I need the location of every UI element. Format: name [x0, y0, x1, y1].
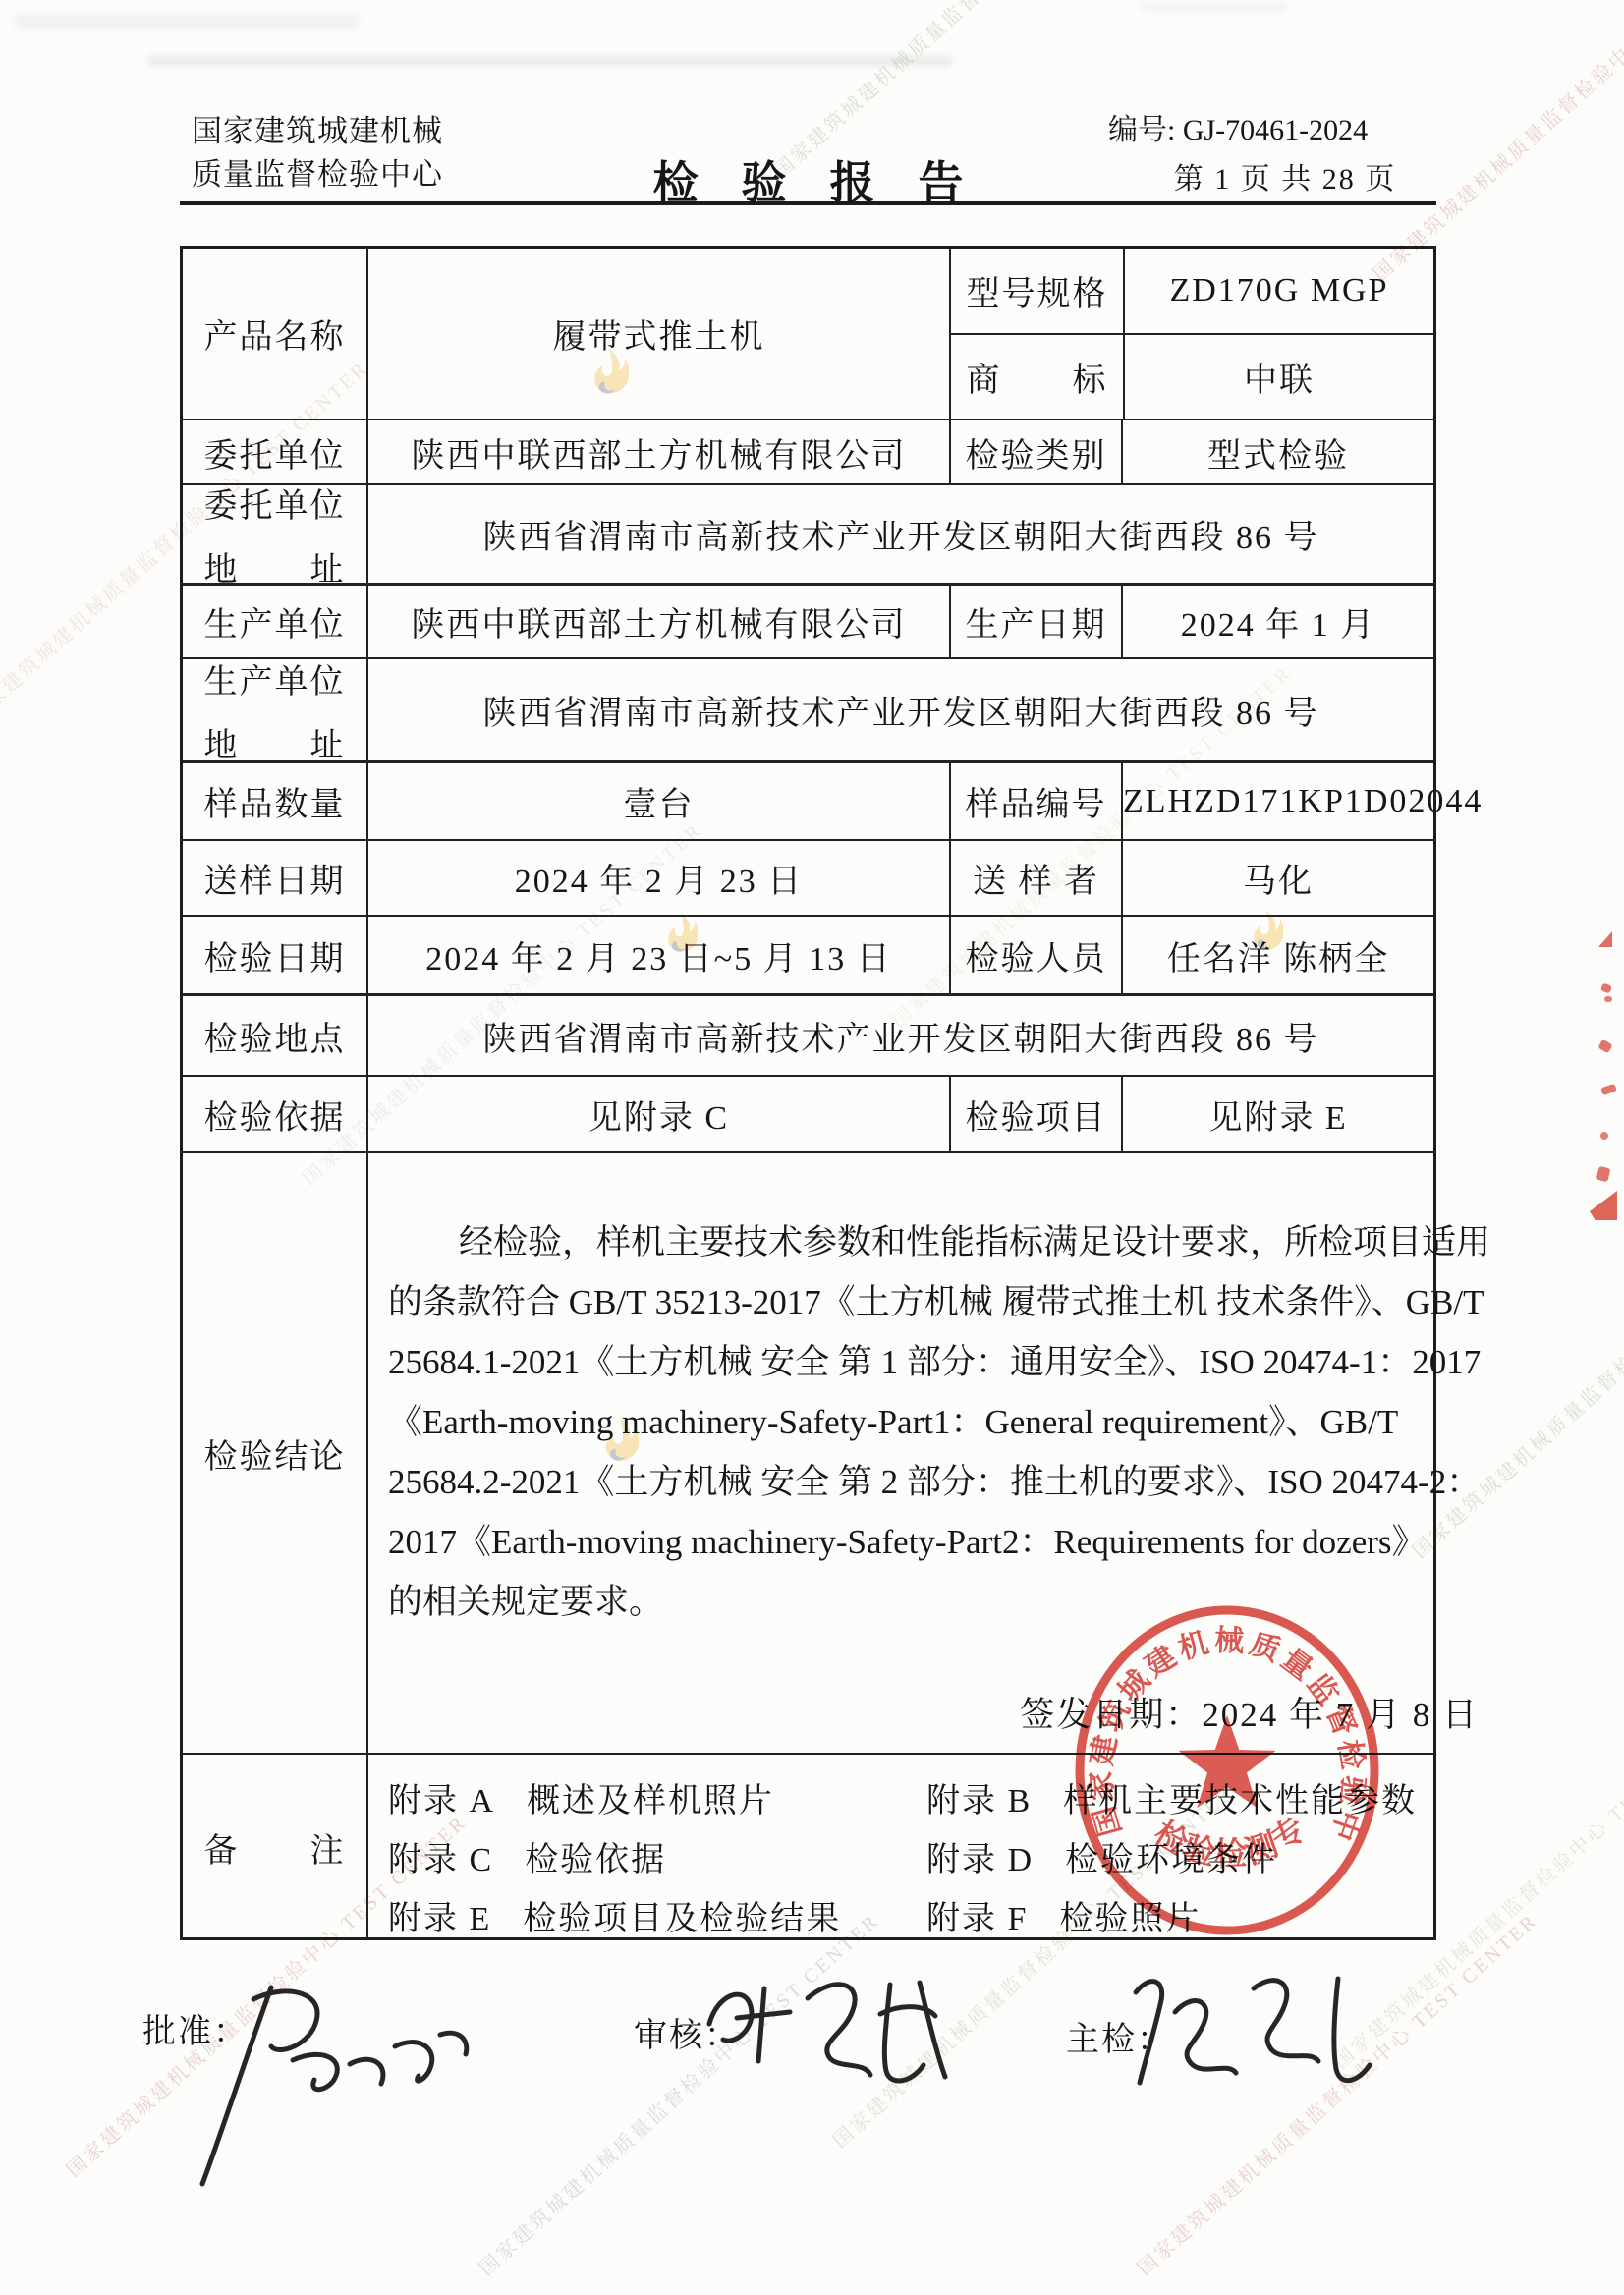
production-date-label: 生产日期: [949, 586, 1121, 657]
appendix-title: 概述及样机照片: [527, 1783, 774, 1819]
product-name-value: 履带式推土机: [366, 249, 949, 419]
conclusion-line: 2017《Earth-moving machinery-Safety-Part2…: [388, 1512, 1490, 1572]
table-row-basis: 检验依据 见附录 C 检验项目 见附录 E: [183, 1077, 1433, 1153]
items-label: 检验项目: [949, 1077, 1121, 1151]
conclusion-line: 25684.1-2021《土方机械 安全 第 1 部分：通用安全》、ISO 20…: [388, 1332, 1490, 1392]
appendix-id: 附录 C: [388, 1842, 493, 1878]
manufacturer-address-label: 生产单位 地 址: [183, 659, 366, 760]
test-type-value: 型式检验: [1121, 420, 1433, 483]
scan-smudge: [1140, 2, 1287, 12]
inspectors-label: 检验人员: [949, 917, 1121, 993]
test-type-label: 检验类别: [949, 420, 1121, 483]
table-row-model: 型号规格 ZD170G MGP: [951, 249, 1433, 335]
stamp-edge-fragment: [1600, 1084, 1617, 1095]
chief-signature: [1110, 1953, 1385, 2100]
send-date-value: 2024 年 2 月 23 日: [366, 841, 949, 915]
model-spec-label: 型号规格: [951, 249, 1123, 333]
basis-label: 检验依据: [183, 1077, 366, 1151]
stamp-edge-fragment: [1597, 1039, 1612, 1054]
table-row-manufacturer-address: 生产单位 地 址 陕西省渭南市高新技术产业开发区朝阳大街西段 86 号: [183, 659, 1433, 763]
stamp-edge-fragment: [1600, 1132, 1608, 1140]
basis-value: 见附录 C: [366, 1077, 949, 1151]
sample-qty-value: 壹台: [366, 763, 949, 839]
sender-value: 马化: [1121, 841, 1433, 915]
scan-smudge: [15, 14, 359, 29]
table-row-send-date: 送样日期 2024 年 2 月 23 日 送 样 者 马化: [183, 841, 1433, 917]
table-row-location: 检验地点 陕西省渭南市高新技术产业开发区朝阳大街西段 86 号: [183, 996, 1433, 1077]
client-address-value: 陕西省渭南市高新技术产业开发区朝阳大街西段 86 号: [366, 485, 1433, 583]
scanned-inspection-report-page: { "header": { "org_line1": "国家建筑城建机械", "…: [0, 0, 1624, 2295]
client-value: 陕西中联西部土方机械有限公司: [366, 420, 949, 483]
stamp-ring-text: 国家建筑城建机械质量监督检验中心: [1067, 1601, 1370, 1848]
official-stamp: 国家建筑城建机械质量监督检验中心 检验检测专用章: [1067, 1601, 1387, 1941]
stamp-edge-fragment: [1600, 983, 1612, 994]
conclusion-line: 的条款符合 GB/T 35213-2017《土方机械 履带式推土机 技术条件》、…: [388, 1272, 1490, 1332]
conclusion-label: 检验结论: [183, 1153, 366, 1753]
manufacturer-value: 陕西中联西部土方机械有限公司: [366, 586, 949, 657]
production-date-value: 2024 年 1 月: [1121, 586, 1433, 657]
appendix-id: 附录 D: [926, 1842, 1034, 1878]
sample-no-label: 样品编号: [949, 763, 1121, 839]
conclusion-line: 经检验，样机主要技术参数和性能指标满足设计要求，所检项目适用: [388, 1212, 1490, 1272]
remarks-label: 备 注: [183, 1755, 366, 1939]
appendix-title: 检验项目及检验结果: [523, 1901, 841, 1937]
stamp-edge-fragment: [1598, 931, 1612, 947]
inspectors-value: 任名洋 陈柄全: [1121, 917, 1433, 993]
table-row-brand: 商 标 中联: [951, 335, 1433, 420]
manufacturer-address-label-line1: 生产单位: [204, 654, 346, 702]
doc-number-block: 编号: GJ-70461-2024 第 1 页 共 28 页: [1108, 106, 1462, 204]
test-date-label: 检验日期: [183, 917, 366, 993]
brand-value: 中联: [1123, 335, 1433, 420]
client-address-label: 委托单位 地 址: [183, 485, 366, 583]
svg-text:国家建筑城建机械质量监督检验中心: 国家建筑城建机械质量监督检验中心: [1067, 1601, 1370, 1848]
approve-signature: [177, 1970, 491, 2196]
product-name-label: 产品名称: [183, 249, 366, 419]
stamp-star: [1179, 1715, 1276, 1808]
appendix-item: 附录 A概述及样机照片: [388, 1782, 926, 1821]
send-date-label: 送样日期: [183, 841, 366, 915]
stamp-edge-fragment: [1604, 996, 1612, 1002]
conclusion-line: 《Earth-moving machinery-Safety-Part1：Gen…: [388, 1392, 1490, 1452]
stamp-edge-fragment: [1596, 1166, 1610, 1182]
stamp-edge-fragment: [1590, 1191, 1617, 1220]
client-address-label-line2: 地 址: [204, 542, 346, 590]
manufacturer-address-value: 陕西省渭南市高新技术产业开发区朝阳大街西段 86 号: [366, 659, 1433, 760]
location-label: 检验地点: [183, 996, 366, 1075]
review-signature: [688, 1955, 982, 2102]
appendix-id: 附录 F: [926, 1901, 1028, 1937]
appendix-title: 检验依据: [525, 1842, 666, 1878]
table-row-test-date: 检验日期 2024 年 2 月 23 日~5 月 13 日 检验人员 任名洋 陈…: [183, 917, 1433, 996]
table-row-manufacturer: 生产单位 陕西中联西部土方机械有限公司 生产日期 2024 年 1 月: [183, 586, 1433, 659]
manufacturer-address-label-line2: 地 址: [204, 718, 346, 766]
appendix-id: 附录 E: [388, 1901, 491, 1937]
client-address-label-line1: 委托单位: [204, 478, 346, 527]
page-info: 第 1 页 共 28 页: [1108, 155, 1462, 204]
table-row-client: 委托单位 陕西中联西部土方机械有限公司 检验类别 型式检验: [183, 420, 1433, 485]
items-value: 见附录 E: [1121, 1077, 1433, 1151]
header-rule: [180, 201, 1436, 205]
model-brand-subtable: 型号规格 ZD170G MGP 商 标 中联: [949, 249, 1433, 419]
appendix-item: 附录 E检验项目及检验结果: [388, 1900, 926, 1939]
model-spec-value: ZD170G MGP: [1123, 249, 1433, 333]
appendix-id: 附录 A: [388, 1783, 495, 1819]
conclusion-line: 25684.2-2021《土方机械 安全 第 2 部分：推土机的要求》、ISO …: [388, 1452, 1490, 1512]
table-row-product: 产品名称 履带式推土机 型号规格 ZD170G MGP 商 标 中联: [183, 249, 1433, 420]
table-row-sample: 样品数量 壹台 样品编号 ZLHZD171KP1D02044: [183, 763, 1433, 841]
scan-smudge: [147, 55, 953, 67]
client-label: 委托单位: [183, 420, 366, 483]
manufacturer-label: 生产单位: [183, 586, 366, 657]
appendix-item: 附录 C检验依据: [388, 1841, 926, 1880]
doc-number: 编号: GJ-70461-2024: [1108, 106, 1462, 155]
sample-qty-label: 样品数量: [183, 763, 366, 839]
location-value: 陕西省渭南市高新技术产业开发区朝阳大街西段 86 号: [366, 996, 1433, 1075]
brand-label: 商 标: [951, 335, 1123, 420]
sample-no-value: ZLHZD171KP1D02044: [1121, 763, 1483, 839]
table-row-client-address: 委托单位 地 址 陕西省渭南市高新技术产业开发区朝阳大街西段 86 号: [183, 485, 1433, 586]
sender-label: 送 样 者: [949, 841, 1121, 915]
test-date-value: 2024 年 2 月 23 日~5 月 13 日: [366, 917, 949, 993]
appendix-id: 附录 B: [926, 1783, 1032, 1819]
